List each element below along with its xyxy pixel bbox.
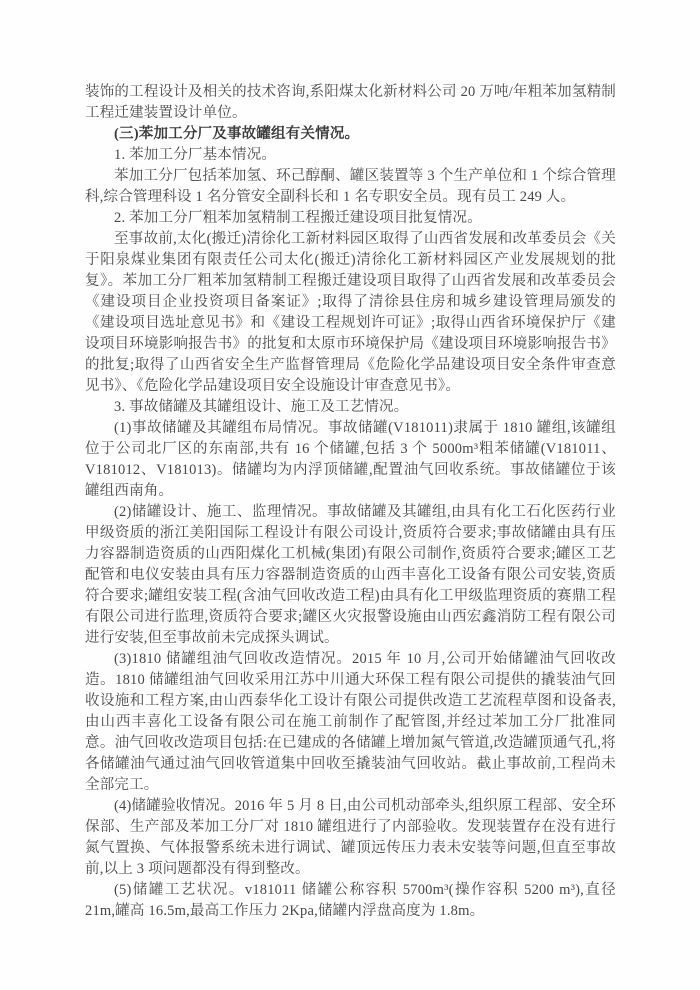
- paragraph: (1)事故储罐及其罐组布局情况。事故储罐(V181011)隶属于 1810 罐组…: [85, 418, 616, 502]
- paragraph: (5)储罐工艺状况。v181011 储罐公称容积 5700m³(操作容积 520…: [85, 880, 616, 922]
- paragraph: (4)储罐验收情况。2016 年 5 月 8 日,由公司机动部牵头,组织原工程部…: [85, 796, 616, 880]
- paragraph: 至事故前,太化(搬迁)清徐化工新材料园区取得了山西省发展和改革委员会《关于阳泉煤…: [85, 229, 616, 397]
- section-heading: (三)苯加工分厂及事故罐组有关情况。: [85, 124, 616, 145]
- paragraph: (2)储罐设计、施工、监理情况。事故储罐及其罐组,由具有化工石化医药行业甲级资质…: [85, 502, 616, 649]
- paragraph: 3. 事故储罐及其罐组设计、施工及工艺情况。: [85, 397, 616, 418]
- paragraph: 装饰的工程设计及相关的技术咨询,系阳煤太化新材料公司 20 万吨/年粗苯加氢精制…: [85, 82, 616, 124]
- paragraph: 2. 苯加工分厂粗苯加氢精制工程搬迁建设项目批复情况。: [85, 208, 616, 229]
- document-body: 装饰的工程设计及相关的技术咨询,系阳煤太化新材料公司 20 万吨/年粗苯加氢精制…: [85, 82, 616, 922]
- paragraph: 苯加工分厂包括苯加氢、环己醇酮、罐区装置等 3 个生产单位和 1 个综合管理科,…: [85, 166, 616, 208]
- paragraph: 1. 苯加工分厂基本情况。: [85, 145, 616, 166]
- paragraph: (3)1810 储罐组油气回收改造情况。2015 年 10 月,公司开始储罐油气…: [85, 649, 616, 796]
- document-page: 装饰的工程设计及相关的技术咨询,系阳煤太化新材料公司 20 万吨/年粗苯加氢精制…: [0, 0, 700, 990]
